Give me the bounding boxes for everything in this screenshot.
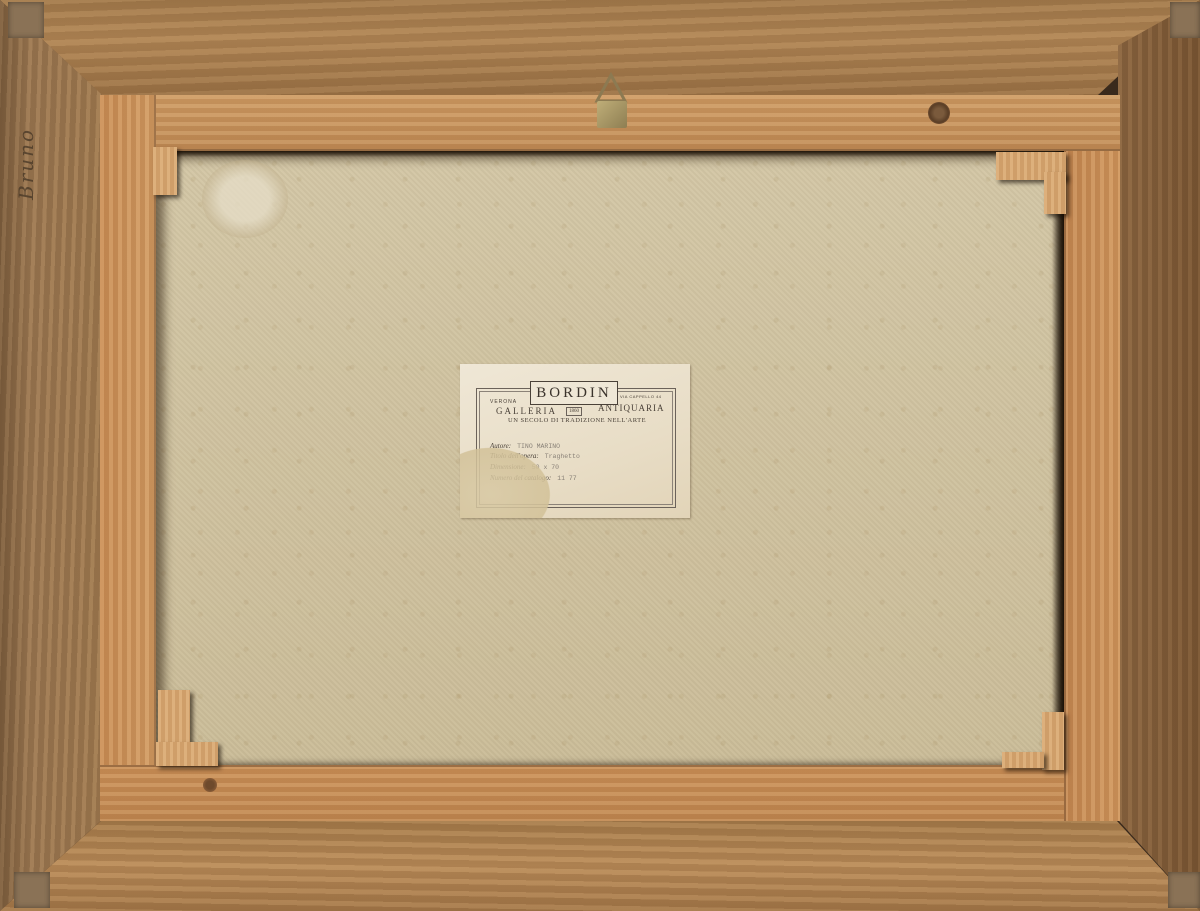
stretcher-right-bar — [1064, 151, 1120, 821]
corner-key-wedge — [156, 742, 218, 766]
stretcher-left-bar — [100, 95, 156, 765]
gallery-title-right: ANTIQUARIA — [598, 403, 665, 413]
frame-corner-block — [8, 2, 44, 38]
label-torn-corner — [460, 440, 560, 518]
triangle-hanger-icon — [594, 72, 628, 104]
brand-box: BORDIN — [530, 381, 618, 405]
hanger-plate — [597, 101, 627, 128]
canvas-stain — [202, 160, 288, 238]
corner-key-wedge — [1002, 752, 1044, 768]
founding-year: 1860 — [566, 407, 582, 416]
frame-corner-block — [1168, 872, 1200, 908]
canvas-shadow — [1052, 151, 1064, 765]
wood-knot — [203, 778, 217, 792]
stretcher-top-bar — [152, 95, 1120, 151]
frame-corner-block — [14, 872, 50, 908]
frame-right-moulding — [1118, 0, 1200, 911]
gallery-brand: BORDIN — [536, 385, 612, 401]
gallery-address: VIA CAPPELLO 44 — [620, 394, 662, 399]
painting-back-photo: Bruno BORDIN VERONA VIA CAPPELLO 44 GALL… — [0, 0, 1200, 911]
frame-bottom-moulding — [0, 820, 1200, 911]
frame-corner-block — [1170, 2, 1200, 38]
corner-key-wedge — [153, 147, 177, 195]
pencil-inscription: Bruno — [14, 128, 38, 200]
corner-key-wedge — [1044, 172, 1066, 214]
canvas-shadow — [156, 151, 1064, 157]
gallery-city: VERONA — [490, 399, 517, 405]
gallery-motto: UN SECOLO DI TRADIZIONE NELL'ARTE — [508, 417, 646, 424]
field-value: 11 77 — [557, 475, 577, 482]
wood-knot — [928, 102, 950, 124]
gallery-title-left: GALLERIA — [496, 406, 557, 416]
corner-key-wedge — [1042, 712, 1064, 770]
stretcher-bottom-bar — [100, 765, 1064, 821]
